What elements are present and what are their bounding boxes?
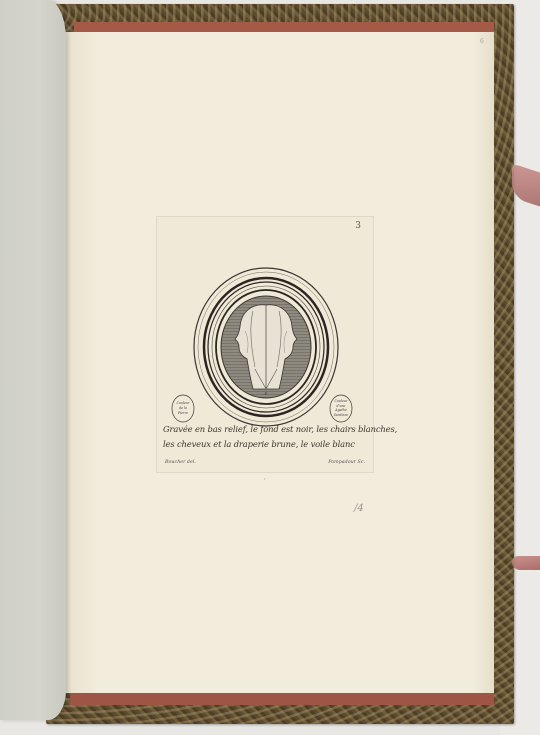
oval-stamp-left: Couleur de la Pierre bbox=[171, 394, 195, 423]
medallion-mark: P bbox=[265, 391, 268, 396]
caption-line-1: Gravée en bas relief, le fond est noir, … bbox=[163, 422, 373, 437]
caption-line-2: les cheveux et la draperie brune, le voi… bbox=[163, 437, 373, 452]
pencil-annotation: /4 bbox=[354, 503, 364, 514]
oval-stamp-right: Couleur d'une Agathe Sardoine bbox=[329, 394, 353, 423]
engraving-caption: Gravée en bas relief, le fond est noir, … bbox=[163, 422, 373, 452]
plate-number: 3 bbox=[355, 221, 361, 231]
credit-draughtsman: Boucher del. bbox=[165, 460, 196, 465]
corner-mark: 6 bbox=[480, 38, 484, 45]
flyleaf-page[interactable] bbox=[0, 0, 66, 720]
cameo-medallion-illustration: P bbox=[193, 267, 339, 427]
ribbon-tie-bottom bbox=[512, 556, 540, 570]
binding-red-strip-bottom bbox=[70, 692, 494, 705]
engraving-plate: 3 P Couleur de la Pierre bbox=[157, 217, 373, 472]
tiny-mark: ' bbox=[264, 478, 266, 485]
oval-left-line: Pierre bbox=[171, 411, 195, 416]
oval-right-line: Sardoine bbox=[329, 413, 353, 418]
credit-engraver: Pompadour Sc. bbox=[328, 460, 365, 465]
